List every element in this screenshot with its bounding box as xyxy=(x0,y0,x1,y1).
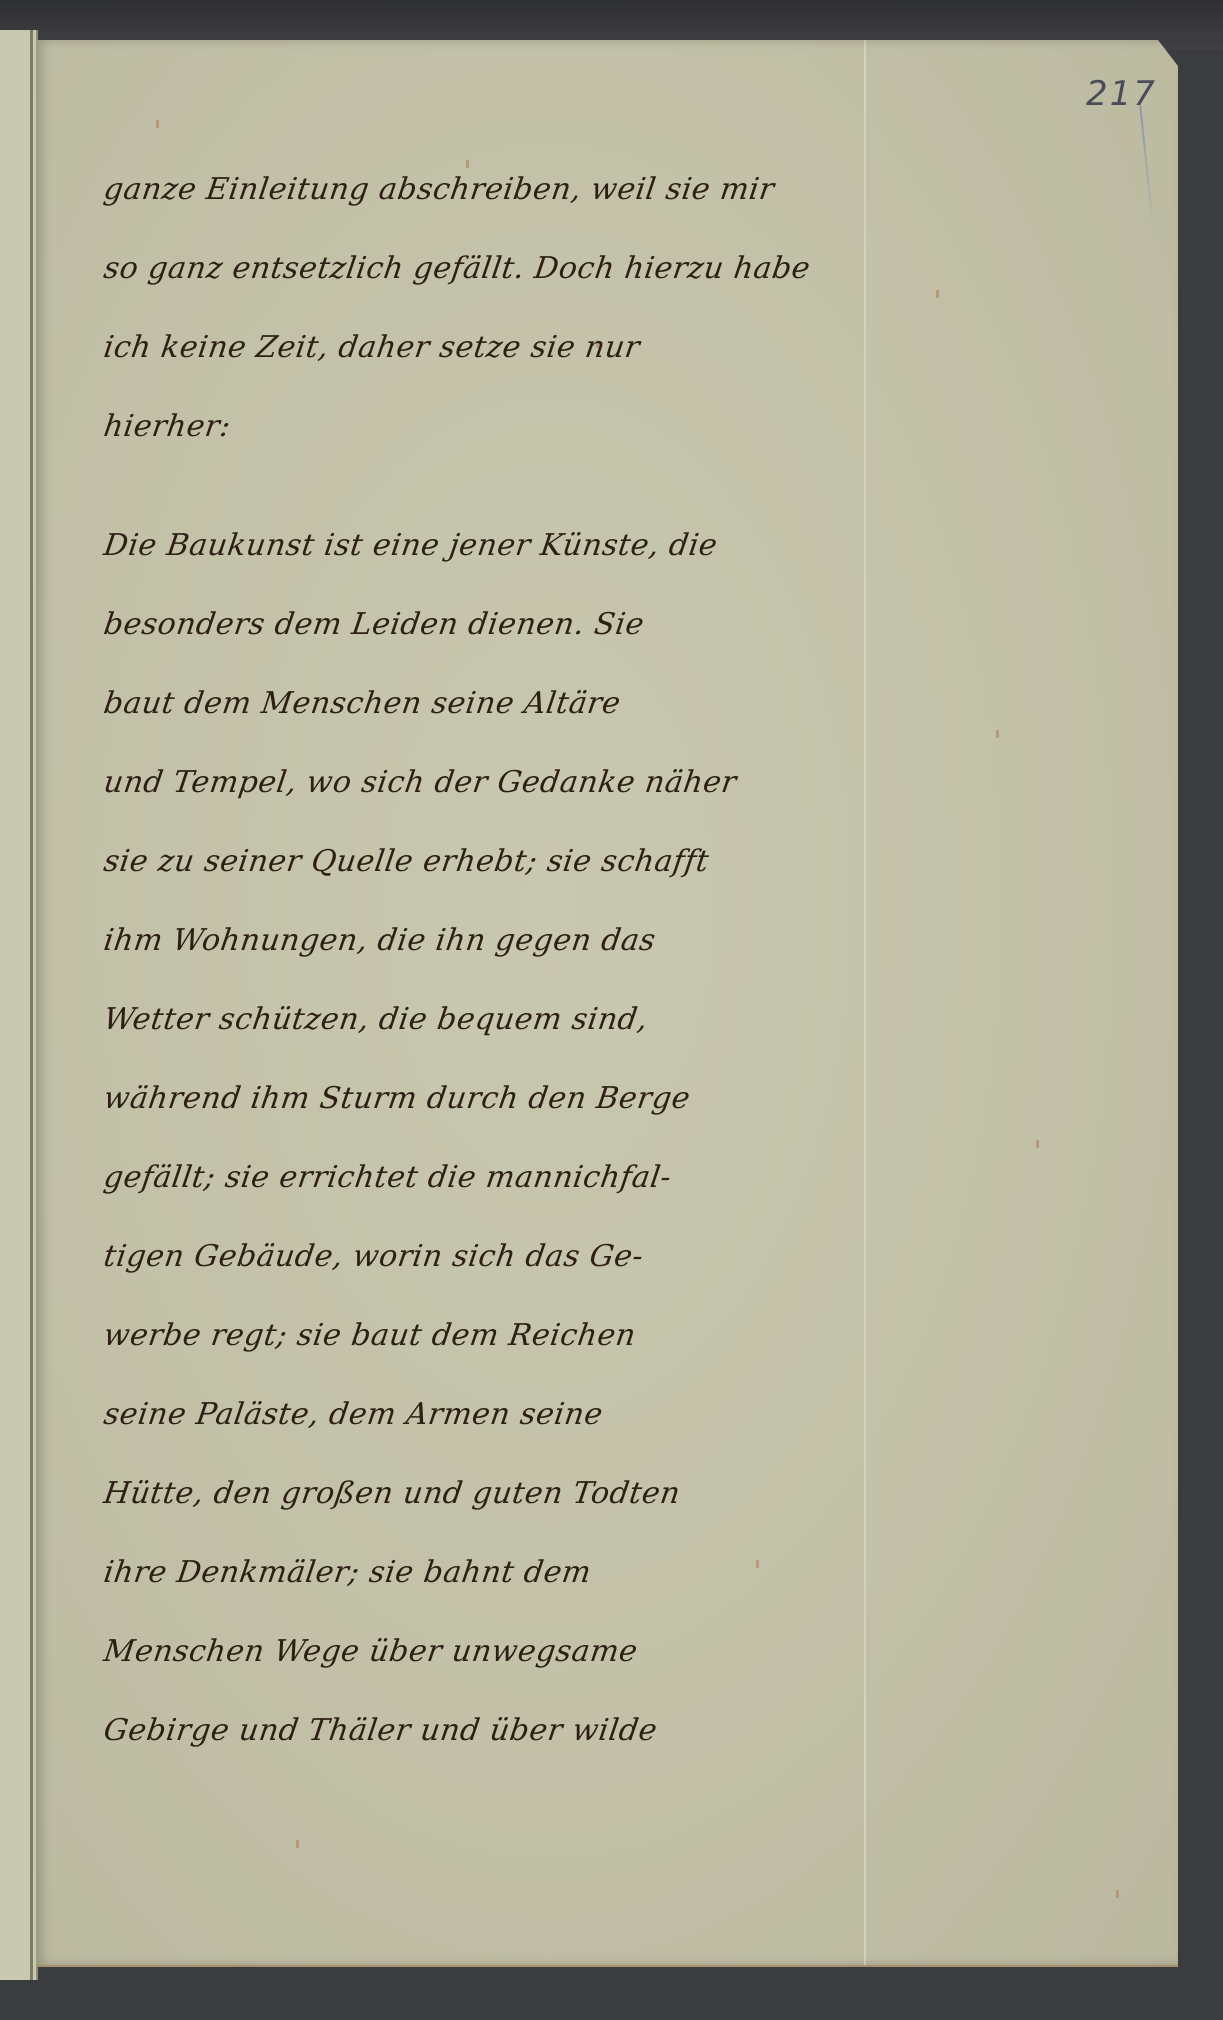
text-line: sie zu seiner Quelle erhebt; sie schafft xyxy=(98,822,869,901)
text-line: hierher: xyxy=(98,387,869,466)
previous-page-edge xyxy=(0,30,38,1980)
text-line: ganze Einleitung abschreiben, weil sie m… xyxy=(98,150,869,229)
text-line: seine Paläste, dem Armen seine xyxy=(98,1375,869,1454)
text-line: besonders dem Leiden dienen. Sie xyxy=(98,585,869,664)
paper-fiber-speck xyxy=(156,120,159,128)
folio-number: 217 xyxy=(1086,74,1157,114)
text-line: Die Baukunst ist eine jener Künste, die xyxy=(98,506,869,585)
binding-spine xyxy=(30,30,33,1980)
paper-fiber-speck xyxy=(1116,1890,1119,1898)
text-line: ich keine Zeit, daher setze sie nur xyxy=(98,308,869,387)
paper-fiber-speck xyxy=(296,1840,299,1848)
text-line: tigen Gebäude, worin sich das Ge- xyxy=(98,1217,869,1296)
text-line: ihm Wohnungen, die ihn gegen das xyxy=(98,901,869,980)
text-line: während ihm Sturm durch den Berge xyxy=(98,1059,869,1138)
text-line: Hütte, den großen und guten Todten xyxy=(98,1454,869,1533)
text-line: Wetter schützen, die bequem sind, xyxy=(98,980,869,1059)
text-line: ihre Denkmäler; sie bahnt dem xyxy=(98,1533,869,1612)
text-line: werbe regt; sie baut dem Reichen xyxy=(98,1296,869,1375)
paper-fiber-speck xyxy=(996,730,999,738)
text-line: und Tempel, wo sich der Gedanke näher xyxy=(98,743,869,822)
text-line: gefällt; sie errichtet die mannichfal- xyxy=(98,1138,869,1217)
text-line: baut dem Menschen seine Altäre xyxy=(98,664,869,743)
manuscript-text: ganze Einleitung abschreiben, weil sie m… xyxy=(104,150,864,1770)
paper-fiber-speck xyxy=(936,290,939,298)
text-line: Menschen Wege über unwegsame xyxy=(98,1612,869,1691)
paragraph-gap xyxy=(101,466,867,506)
text-line: Gebirge und Thäler und über wilde xyxy=(98,1691,869,1770)
paper-fiber-speck xyxy=(1036,1140,1039,1148)
text-line: so ganz entsetzlich gefällt. Doch hierzu… xyxy=(98,229,869,308)
